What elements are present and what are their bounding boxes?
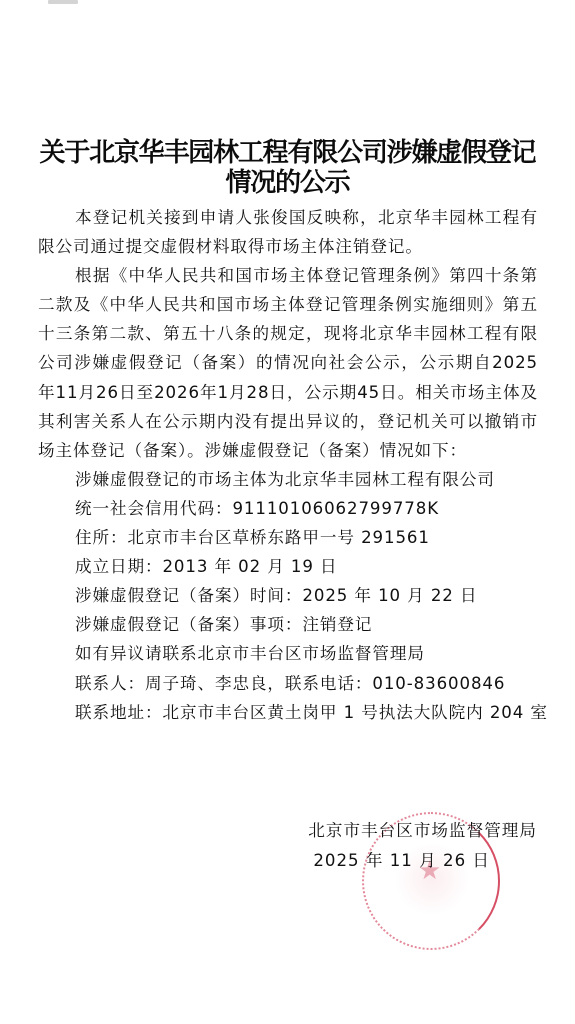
title-line-1: 关于北京华丰园林工程有限公司涉嫌虚假登记 (0, 138, 575, 168)
item-established-date: 成立日期：2013 年 02 月 19 日 (38, 552, 538, 581)
document-body: 本登记机关接到申请人张俊国反映称，北京华丰园林工程有限公司通过提交虚假材料取得市… (38, 203, 538, 727)
paragraph-legal-basis: 根据《中华人民共和国市场主体登记管理条例》第四十条第二款及《中华人民共和国市场主… (38, 261, 538, 465)
signature-block: 北京市丰台区市场监督管理局 2025 年 11 月 26 日 (308, 816, 537, 875)
item-company: 涉嫌虚假登记的市场主体为北京华丰园林工程有限公司 (38, 465, 538, 494)
paragraph-report: 本登记机关接到申请人张俊国反映称，北京华丰园林工程有限公司通过提交虚假材料取得市… (38, 203, 538, 261)
scan-artifact (48, 0, 78, 4)
title-line-2: 情况的公示 (0, 168, 575, 198)
item-address: 住所：北京市丰台区草桥东路甲一号 291561 (38, 523, 538, 552)
document-title: 关于北京华丰园林工程有限公司涉嫌虚假登记 情况的公示 (0, 138, 575, 198)
signing-date: 2025 年 11 月 26 日 (308, 846, 537, 876)
item-objection-contact: 如有异议请联系北京市丰台区市场监督管理局 (38, 639, 538, 668)
item-contact-address: 联系地址：北京市丰台区黄土岗甲 1 号执法大队院内 204 室 (38, 698, 538, 727)
item-registration-matter: 涉嫌虚假登记（备案）事项：注销登记 (38, 610, 538, 639)
item-contact-persons: 联系人：周子琦、李忠良，联系电话：010-83600846 (38, 669, 538, 698)
signing-authority: 北京市丰台区市场监督管理局 (308, 816, 537, 846)
item-credit-code: 统一社会信用代码：91110106062799778K (38, 494, 538, 523)
item-registration-time: 涉嫌虚假登记（备案）时间：2025 年 10 月 22 日 (38, 581, 538, 610)
